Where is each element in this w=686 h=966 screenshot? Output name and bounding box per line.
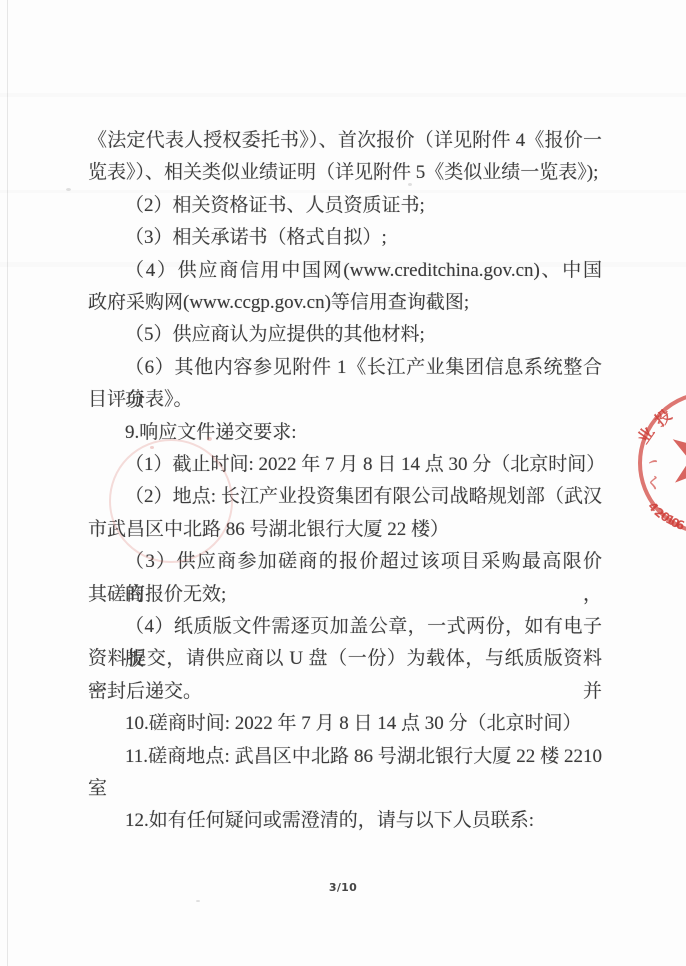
text-line: 11.磋商地点: 武昌区中北路 86 号湖北银行大厦 22 楼 2210 (125, 740, 602, 773)
text-line: 览表》）、相关类似业绩证明（详见附件 5《类似业绩一览表》); (88, 156, 598, 189)
ghost-seal-speck (207, 437, 212, 441)
document-page: 《法定代表人授权委托书》）、首次报价（详见附件 4《报价一 览表》）、相关类似业… (0, 0, 686, 966)
text-line: （5）供应商认为应提供的其他材料; (125, 318, 425, 351)
text-line: （4）纸质版文件需逐页加盖公章，一式两份，如有电子版 (125, 610, 602, 643)
ghost-seal-ring (109, 439, 233, 563)
text-line: （4）供应商信用中国网(www.creditchina.gov.cn)、中国 (125, 254, 602, 287)
text-line: 《法定代表人授权委托书》）、首次报价（详见附件 4《报价一 (88, 124, 602, 157)
seal-partial-char: く (645, 476, 661, 492)
scan-speck (66, 188, 71, 191)
page-number: 3/10 (0, 881, 686, 894)
ghost-seal-speck (150, 446, 154, 449)
text-line: 目评分表》。 (88, 383, 193, 416)
scan-edge-line (7, 0, 8, 966)
text-line: （6）其他内容参见附件 1《长江产业集团信息系统整合项 (125, 351, 602, 384)
text-line: 政府采购网(www.ccgp.gov.cn)等信用查询截图; (88, 286, 469, 319)
scan-streak (0, 93, 686, 97)
text-line: 密封后递交。 (88, 675, 202, 708)
scan-speck (196, 900, 200, 902)
text-line: （2）相关资格证书、人员资质证书; (125, 189, 425, 222)
text-line: 12.如有任何疑问或需澄清的，请与以下人员联系: (125, 804, 534, 837)
text-line: 10.磋商时间: 2022 年 7 月 8 日 14 点 30 分（北京时间） (125, 707, 582, 740)
text-line: 其磋商报价无效; (88, 578, 226, 611)
text-line: 室 (88, 772, 107, 805)
text-line: 资料提交，请供应商以 U 盘（一份）为载体，与纸质版资料一并 (88, 642, 602, 675)
text-line: （3）相关承诺书（格式自拟）; (125, 221, 387, 254)
